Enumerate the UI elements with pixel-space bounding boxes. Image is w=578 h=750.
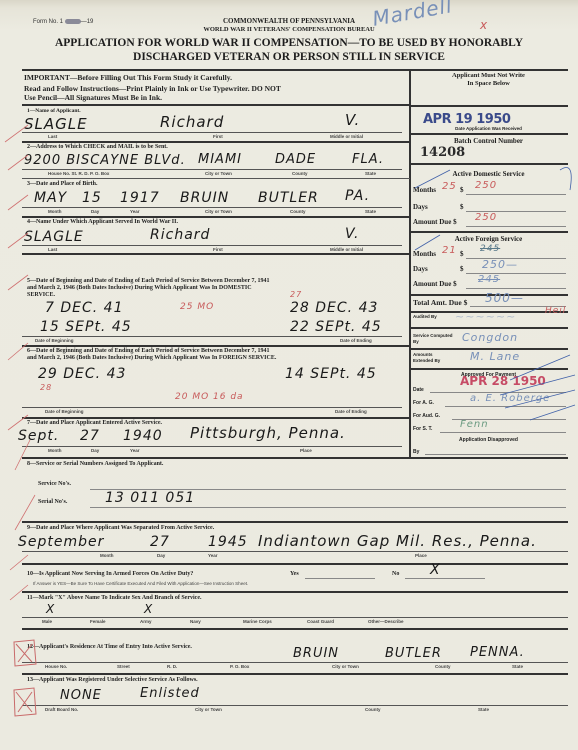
field-line: [22, 551, 568, 552]
document-page: Form No. 1 —19 COMMONWEALTH OF PENNSYLVA…: [0, 0, 578, 750]
red-mark: x: [480, 18, 488, 32]
q12-label: 12—Applicant's Residence At Time of Entr…: [27, 644, 192, 650]
q5-end-correction: 27: [290, 290, 302, 299]
divider: [22, 345, 410, 347]
q11-option-label: Male: [42, 619, 52, 624]
field-line: [22, 245, 402, 246]
pen-strokes-icon: [410, 150, 578, 440]
serial-no-line: [90, 507, 566, 508]
q6-label-line: and March 2, 1946 (Both Dates Inclusive)…: [27, 355, 276, 362]
divider: [22, 178, 410, 179]
office-header-line: In Space Below: [411, 80, 566, 88]
red-check-marks-icon: [10, 632, 40, 732]
sublabel: Street: [117, 664, 130, 669]
q12-city: BRUIN: [293, 646, 339, 661]
sublabel: Day: [157, 553, 165, 558]
q5-label-line: 5—Date of Beginning and Date of Ending o…: [27, 278, 270, 285]
q7-place: Pittsburgh, Penna.: [190, 424, 346, 442]
q7-year: 1940: [123, 428, 163, 444]
field-line: [22, 336, 402, 337]
divider: [22, 104, 410, 106]
q5-period-1-end: 28 DEC. 43: [290, 300, 378, 316]
sublabel: City or Town: [205, 171, 232, 176]
field-line: [22, 407, 402, 408]
form-title-line-1: APPLICATION FOR WORLD WAR II COMPENSATIO…: [0, 37, 578, 49]
q10-yes-line[interactable]: [305, 578, 375, 579]
sublabel: Month: [100, 553, 114, 558]
office-header: Applicant Must Not Write In Space Below: [411, 72, 566, 88]
field-line: [22, 207, 402, 208]
q3-state: PA.: [345, 188, 370, 204]
sublabel: Middle or Initial: [330, 134, 363, 139]
instruction-line-1: IMPORTANT—Before Filling Out This Form S…: [24, 73, 232, 82]
q9-day: 27: [150, 534, 170, 550]
q11-mark[interactable]: X: [144, 602, 153, 616]
sublabel: Year: [130, 448, 140, 453]
q11-option-label: Other—Describe: [368, 619, 404, 624]
instruction-line-2: Read and Follow Instructions—Print Plain…: [24, 84, 281, 93]
q9-label: 9—Date and Place Where Applicant Was Sep…: [27, 525, 214, 531]
sublabel: Day: [91, 209, 99, 214]
sublabel: Month: [48, 448, 62, 453]
q5-period-2-end: 22 SEPt. 45: [290, 319, 382, 335]
form-title-line-2: DISCHARGED VETERAN OR PERSON STILL IN SE…: [0, 51, 578, 63]
q13-draft-board: NONE: [60, 688, 102, 703]
divider: [22, 457, 568, 459]
q11-option-label: Female: [90, 619, 106, 624]
q4-first-name: Richard: [150, 227, 210, 243]
q13-label: 13—Applicant Was Registered Under Select…: [27, 677, 198, 683]
sublabel: State: [365, 171, 376, 176]
sublabel: Date of Beginning: [45, 409, 84, 414]
q12-county: BUTLER: [385, 646, 442, 661]
divider: [22, 253, 410, 255]
q10-yes-label: Yes: [290, 571, 299, 577]
q3-year: 1917: [120, 190, 160, 206]
divider: [22, 563, 568, 565]
sublabel: R. D.: [167, 664, 177, 669]
q4-label: 4—Name Under Which Applicant Served In W…: [27, 219, 178, 225]
received-stamp: APR 19 1950: [423, 112, 510, 127]
q9-place: Indiantown Gap Mil. Res., Penna.: [258, 532, 537, 550]
field-line: [22, 132, 402, 133]
q6-begin: 29 DEC. 43: [38, 366, 126, 382]
red-tick-marks-icon: [0, 100, 40, 640]
divider: [22, 216, 410, 218]
q5-label-line: and March 2, 1946 (Both Dates Inclusive)…: [27, 285, 270, 292]
q10-label: 10—Is Applicant Now Serving In Armed For…: [27, 571, 193, 577]
q2-state: FLA.: [352, 152, 384, 167]
field-line: [22, 446, 402, 447]
sublabel: Draft Board No.: [45, 707, 78, 712]
q2-city: MIAMI: [198, 152, 242, 167]
q1-middle-initial: V.: [345, 111, 360, 129]
divider: [410, 69, 568, 71]
q3-day: 15: [82, 190, 102, 206]
q10-no-value[interactable]: X: [430, 562, 441, 578]
sublabel: Last: [48, 134, 57, 139]
q11-option-label: Navy: [190, 619, 201, 624]
q11-option-label: Army: [140, 619, 152, 624]
divider: [22, 673, 568, 675]
sublabel: County: [292, 171, 308, 176]
divider: [22, 628, 568, 630]
sublabel: City or Town: [195, 707, 222, 712]
sublabel: State: [478, 707, 489, 712]
sublabel: Day: [91, 448, 99, 453]
sublabel: Date of Ending: [340, 338, 372, 343]
serial-no-label: Serial No's.: [38, 499, 67, 505]
field-line: [22, 662, 568, 663]
q10-no-label: No: [392, 571, 399, 577]
q2-county: DADE: [275, 152, 316, 167]
sublabel: State: [365, 209, 376, 214]
divider: [22, 417, 410, 419]
q2-street: 9200 BISCAYNE BLVd.: [24, 153, 186, 168]
q6-annotation: 20 MO 16 da: [175, 392, 244, 402]
sublabel: County: [435, 664, 451, 669]
q7-label: 7—Date and Place Applicant Entered Activ…: [27, 420, 162, 426]
received-label: Date Application Was Received: [411, 126, 566, 131]
q2-label: 2—Address to Which CHECK and MAIL is to …: [27, 144, 168, 150]
sublabel: Date of Beginning: [35, 338, 74, 343]
q4-middle-initial: V.: [345, 226, 359, 242]
field-line: [22, 169, 402, 170]
sublabel: Middle or Initial: [330, 247, 363, 252]
sublabel: House No. St. R. D. P. O. Box: [48, 171, 109, 176]
q6-end: 14 SEPt. 45: [285, 366, 377, 382]
office-header-line: Applicant Must Not Write: [411, 72, 566, 80]
q11-option-label: Marine Corps: [243, 619, 272, 624]
sublabel: Year: [208, 553, 218, 558]
sublabel: Last: [48, 247, 57, 252]
sublabel: First: [213, 134, 223, 139]
sublabel: County: [290, 209, 306, 214]
sublabel: Year: [130, 209, 140, 214]
q7-day: 27: [80, 428, 100, 444]
q9-year: 1945: [208, 534, 248, 550]
divider: [22, 69, 410, 71]
field-line: [425, 454, 566, 455]
q1-first-name: Richard: [160, 113, 224, 131]
q6-label: 6—Date of Beginning and Date of Ending o…: [27, 348, 276, 362]
q6-begin-correction: 28: [40, 383, 52, 392]
sublabel: House No.: [45, 664, 67, 669]
divider: [22, 591, 568, 593]
q11-mark[interactable]: X: [46, 602, 55, 616]
instruction-line-3: Use Pencil—All Signatures Must Be in Ink…: [24, 93, 162, 102]
q8-label: 8—Service or Serial Numbers Assigned To …: [27, 461, 163, 467]
divider: [22, 141, 410, 143]
agency-line-2: WORLD WAR II VETERANS' COMPENSATION BURE…: [0, 26, 578, 33]
sublabel: First: [213, 247, 223, 252]
q5-period-2-begin: 15 SEPt. 45: [40, 319, 132, 335]
sublabel: State: [512, 664, 523, 669]
q12-state: PENNA.: [470, 645, 525, 660]
sublabel: City or Town: [205, 209, 232, 214]
sublabel: City or Town: [332, 664, 359, 669]
sublabel: Place: [300, 448, 312, 453]
sublabel: P. O. Box: [230, 664, 249, 669]
agency-line-1: COMMONWEALTH OF PENNSYLVANIA: [0, 17, 578, 25]
sublabel: County: [365, 707, 381, 712]
q5-label-line: SERVICE.: [27, 292, 270, 299]
q5-annotation: 25 MO: [180, 302, 214, 312]
q10-note: If Answer is YES—Be Sure To Have Certifi…: [33, 581, 248, 586]
q5-label: 5—Date of Beginning and Date of Ending o…: [27, 278, 270, 299]
sublabel: Date of Ending: [335, 409, 367, 414]
serial-no-value: 13 011 051: [105, 490, 195, 506]
service-no-label: Service No's.: [38, 481, 71, 487]
field-line: [22, 617, 568, 618]
q5-period-1-begin: 7 DEC. 41: [45, 300, 123, 316]
by-label: By: [413, 449, 419, 455]
q3-county: BUTLER: [258, 190, 319, 206]
q11-label: 11—Mark "X" Above Name To Indicate Sex A…: [27, 595, 202, 601]
sublabel: Place: [415, 553, 427, 558]
q6-label-line: 6—Date of Beginning and Date of Ending o…: [27, 348, 276, 355]
batch-label: Batch Control Number: [411, 137, 566, 145]
sublabel: Month: [48, 209, 62, 214]
q10-no-line[interactable]: [405, 578, 485, 579]
divider: [411, 133, 568, 135]
q3-city: BRUIN: [180, 190, 229, 206]
field-line: [22, 705, 568, 706]
q11-option-label: Coast Guard: [307, 619, 334, 624]
q13-city: Enlisted: [140, 686, 200, 701]
divider: [22, 521, 568, 523]
divider: [411, 105, 568, 107]
